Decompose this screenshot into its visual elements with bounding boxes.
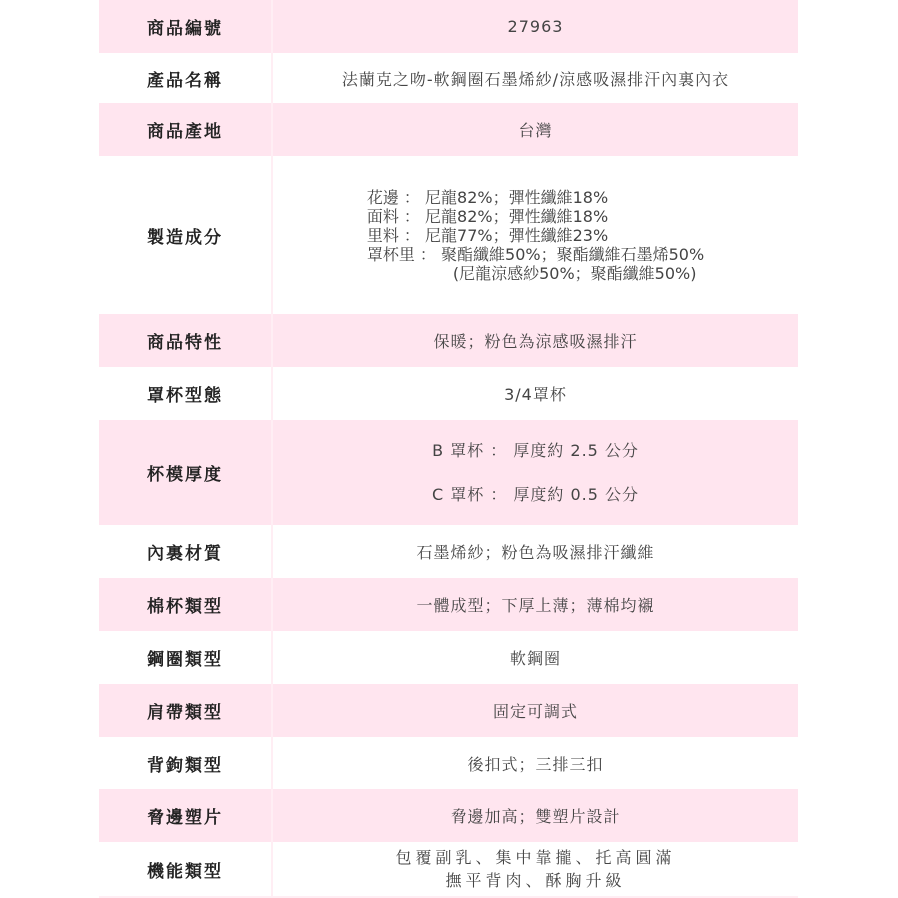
spec-value-side-boning: 脅邊加高；雙塑片設計 [272, 789, 798, 842]
spec-label: 脅邊塑片 [99, 789, 272, 842]
spec-row-side-boning: 脅邊塑片 脅邊加高；雙塑片設計 [99, 789, 798, 842]
spec-row-composition: 製造成分 花邊 ： 尼龍82%；彈性纖維18% 面料 ： 尼龍82%；彈性纖維1… [99, 156, 798, 314]
thickness-c-cup: C 罩杯 ： 厚度約 0.5 公分 [273, 473, 798, 517]
spec-value-origin: 台灣 [272, 103, 798, 156]
function-line-2: 撫平背肉、酥胸升級 [273, 869, 798, 892]
spec-value-lining-material: 石墨烯紗；粉色為吸濕排汗纖維 [272, 525, 798, 578]
product-spec-table: 商品編號 27963 產品名稱 法蘭克之吻-軟鋼圈石墨烯紗/涼感吸濕排汗內裏內衣… [99, 0, 798, 896]
spec-label: 鋼圈類型 [99, 631, 272, 684]
function-list: 包覆副乳、集中靠攏、托高圓滿 撫平背肉、酥胸升級 [273, 846, 798, 892]
spec-label: 內裏材質 [99, 525, 272, 578]
spec-label: 產品名稱 [99, 53, 272, 103]
thickness-list: B 罩杯 ： 厚度約 2.5 公分 C 罩杯 ： 厚度約 0.5 公分 [273, 429, 798, 517]
spec-value-strap-type: 固定可調式 [272, 684, 798, 737]
spec-label: 棉杯類型 [99, 578, 272, 631]
spec-value-hook-type: 後扣式；三排三扣 [272, 737, 798, 789]
spec-row-features: 商品特性 保暖；粉色為涼感吸濕排汗 [99, 314, 798, 367]
spec-row-pad-type: 棉杯類型 一體成型；下厚上薄；薄棉均襯 [99, 578, 798, 631]
composition-cup-lining: 罩杯里 ： 聚酯纖維50%；聚酯纖維石墨烯50% [367, 245, 704, 264]
spec-row-hook-type: 背鉤類型 後扣式；三排三扣 [99, 737, 798, 789]
spec-row-function-type: 機能類型 包覆副乳、集中靠攏、托高圓滿 撫平背肉、酥胸升級 [99, 842, 798, 896]
composition-fabric: 面料 ： 尼龍82%；彈性纖維18% [367, 207, 704, 226]
spec-row-origin: 商品產地 台灣 [99, 103, 798, 156]
spec-row-strap-type: 肩帶類型 固定可調式 [99, 684, 798, 737]
spec-value-cup-style: 3/4罩杯 [272, 367, 798, 420]
composition-note: (尼龍涼感紗50%；聚酯纖維50%) [367, 264, 704, 283]
spec-value-product-id: 27963 [272, 0, 798, 53]
spec-label: 杯模厚度 [99, 420, 272, 525]
thickness-b-cup: B 罩杯 ： 厚度約 2.5 公分 [273, 429, 798, 473]
spec-value-features: 保暖；粉色為涼感吸濕排汗 [272, 314, 798, 367]
composition-list: 花邊 ： 尼龍82%；彈性纖維18% 面料 ： 尼龍82%；彈性纖維18% 里料… [367, 188, 704, 283]
spec-row-cup-thickness: 杯模厚度 B 罩杯 ： 厚度約 2.5 公分 C 罩杯 ： 厚度約 0.5 公分 [99, 420, 798, 525]
spec-row-cup-style: 罩杯型態 3/4罩杯 [99, 367, 798, 420]
spec-row-lining-material: 內裏材質 石墨烯紗；粉色為吸濕排汗纖維 [99, 525, 798, 578]
composition-lining: 里料 ： 尼龍77%；彈性纖維23% [367, 226, 704, 245]
spec-row-product-id: 商品編號 27963 [99, 0, 798, 53]
spec-label: 商品產地 [99, 103, 272, 156]
spec-label: 機能類型 [99, 842, 272, 896]
spec-label: 製造成分 [99, 156, 272, 314]
spec-value-function-type: 包覆副乳、集中靠攏、托高圓滿 撫平背肉、酥胸升級 [272, 842, 798, 896]
function-line-1: 包覆副乳、集中靠攏、托高圓滿 [273, 846, 798, 869]
spec-label: 商品編號 [99, 0, 272, 53]
composition-lace: 花邊 ： 尼龍82%；彈性纖維18% [367, 188, 704, 207]
spec-value-cup-thickness: B 罩杯 ： 厚度約 2.5 公分 C 罩杯 ： 厚度約 0.5 公分 [272, 420, 798, 525]
spec-value-underwire-type: 軟鋼圈 [272, 631, 798, 684]
spec-label: 肩帶類型 [99, 684, 272, 737]
spec-label: 背鉤類型 [99, 737, 272, 789]
spec-label: 罩杯型態 [99, 367, 272, 420]
spec-label: 商品特性 [99, 314, 272, 367]
spec-row-product-name: 產品名稱 法蘭克之吻-軟鋼圈石墨烯紗/涼感吸濕排汗內裏內衣 [99, 53, 798, 103]
spec-row-underwire-type: 鋼圈類型 軟鋼圈 [99, 631, 798, 684]
spec-value-product-name: 法蘭克之吻-軟鋼圈石墨烯紗/涼感吸濕排汗內裏內衣 [272, 53, 798, 103]
spec-value-composition: 花邊 ： 尼龍82%；彈性纖維18% 面料 ： 尼龍82%；彈性纖維18% 里料… [272, 156, 798, 314]
spec-value-pad-type: 一體成型；下厚上薄；薄棉均襯 [272, 578, 798, 631]
